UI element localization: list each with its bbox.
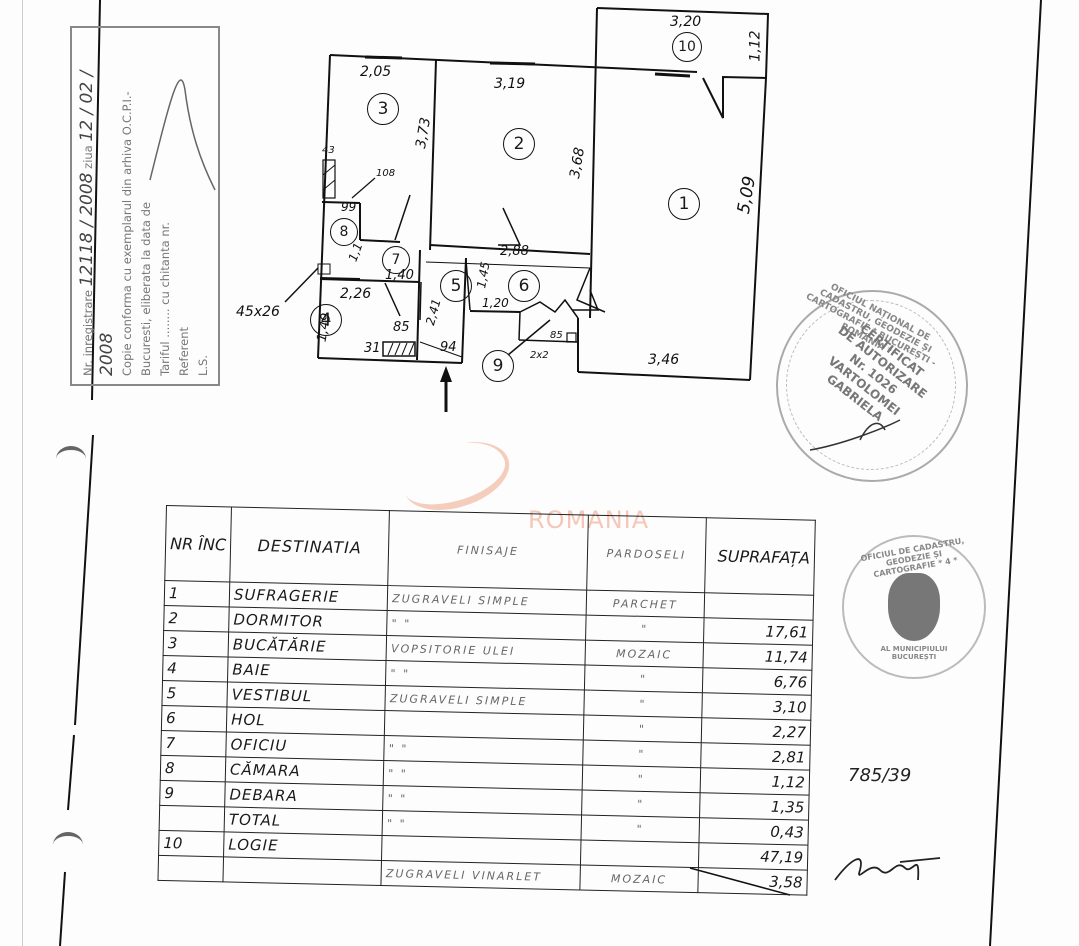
dim-r7: 1,40 [385, 268, 414, 283]
dim-bottom-94: 94 [440, 340, 457, 355]
cell-nr: 10 [159, 830, 225, 856]
cell-nr: 4 [163, 655, 229, 681]
cell-suprafata: 2,27 [701, 718, 810, 745]
cell-pardoseli: " [581, 815, 700, 843]
cell-suprafata [704, 593, 813, 620]
header-pardoseli: PARDOSELI [586, 515, 706, 593]
room-number-6: 6 [508, 270, 540, 302]
room-number-9: 9 [482, 350, 514, 382]
cell-pardoseli: " [582, 765, 701, 793]
duct-note: 45x26 [236, 304, 280, 320]
cell-destinatia: DORMITOR [229, 607, 388, 636]
cell-suprafata: 17,61 [704, 618, 813, 645]
cell-nr: 7 [161, 730, 227, 756]
header-destinatia: DESTINATIA [230, 507, 390, 586]
cell-destinatia: LOGIE [224, 832, 383, 861]
stamp-line-copie: Copie conforma cu exemplarul din arhiva … [118, 36, 137, 376]
dim-r9-2x2: 2x2 [530, 350, 549, 361]
dim-r9-85: 85 [550, 330, 563, 341]
dim-r4-top: 2,26 [340, 286, 371, 302]
cell-destinatia: SUFRAGERIE [229, 582, 388, 611]
office-seal: OFICIUL DE CADASTRU, GEODEZIE ȘI CARTOGR… [842, 535, 986, 679]
cell-suprafata: 11,74 [703, 643, 812, 670]
cell-destinatia: TOTAL [224, 807, 383, 836]
cell-pardoseli: " [584, 665, 703, 693]
cell-destinatia: VESTIBUL [227, 682, 386, 711]
stamp-line-referent: Referent [175, 36, 194, 376]
cell-suprafata: 47,19 [699, 843, 808, 870]
cell-suprafata: 1,12 [700, 768, 809, 795]
cell-pardoseli: " [581, 790, 700, 818]
dim-small-43: 43 [322, 145, 335, 156]
dim-r2-top: 3,19 [494, 76, 525, 92]
cell-nr: 3 [163, 630, 229, 656]
dim-small-108: 108 [376, 168, 395, 179]
cell-pardoseli: " [582, 740, 701, 768]
room-number-10: 10 [672, 32, 702, 62]
cell-destinatia: DEBARA [225, 782, 384, 811]
stamp-line-tarif: Tariful ........ cu chitanta nr. [156, 36, 175, 376]
room-number-1: 1 [668, 188, 700, 220]
cell-pardoseli: PARCHET [586, 590, 705, 618]
cell-nr: 1 [164, 580, 230, 606]
cell-suprafata: 3,10 [702, 693, 811, 720]
cell-pardoseli: MOZAIC [585, 640, 704, 668]
cell-pardoseli: MOZAIC [580, 865, 699, 893]
dim-r6-bottom: 1,20 [482, 296, 509, 310]
cell-pardoseli: " [585, 615, 704, 643]
dim-r6-top: 2,88 [500, 244, 529, 259]
room-number-2: 2 [503, 128, 535, 160]
header-finisaje: FINISAJE [388, 511, 588, 590]
stamp-line-nr: Nr. inregistrare 12118 / 2008 ziua 12 / … [78, 36, 118, 376]
cell-nr [158, 855, 224, 881]
cell-destinatia: BUCĂTĂRIE [228, 632, 387, 661]
coat-of-arms-icon [888, 573, 940, 641]
cell-destinatia: HOL [226, 707, 385, 736]
cell-destinatia: CĂMARA [225, 757, 384, 786]
stamp-line-bucuresti: Bucuresti, eliberata la data de [137, 36, 156, 376]
cell-nr: 2 [164, 605, 230, 631]
cell-nr: 9 [160, 780, 226, 806]
dim-bottom-31: 31 [364, 341, 381, 356]
cell-pardoseli [580, 840, 699, 868]
cell-finisaje: ZUGRAVELI VINARLET [381, 860, 580, 889]
cell-suprafata: 1,35 [700, 793, 809, 820]
registration-stamp: Nr. inregistrare 12118 / 2008 ziua 12 / … [70, 26, 220, 386]
authorization-seal: OFICIUL NAȚIONAL DE CADASTRU, GEODEZIE Ș… [776, 290, 968, 482]
cell-nr: 5 [162, 680, 228, 706]
dim-r10-side: 1,12 [748, 30, 764, 61]
header-nr: NR ÎNC [165, 506, 232, 582]
dim-r8-top: 99 [341, 200, 356, 214]
cell-pardoseli: " [583, 715, 702, 743]
dim-r1-bottom: 3,46 [648, 352, 679, 368]
room-number-3: 3 [367, 93, 399, 125]
room-number-5: 5 [440, 270, 472, 302]
dim-r10-top: 3,20 [670, 14, 701, 30]
cell-suprafata: 6,76 [703, 668, 812, 695]
header-suprafata: SUPRAFAȚA [705, 518, 816, 595]
stamp-line-ls: L.S. [194, 36, 213, 376]
cell-suprafata: 2,81 [701, 743, 810, 770]
dim-bottom-85: 85 [393, 320, 410, 335]
cell-destinatia [223, 857, 382, 886]
dim-r3-top: 2,05 [360, 64, 391, 80]
cell-nr: 6 [161, 705, 227, 731]
cell-suprafata: 3,58 [698, 868, 807, 895]
cell-nr: 8 [160, 755, 226, 781]
office-seal-inner: AL MUNICIPIULUI BUCUREȘTI [866, 645, 962, 661]
room-schedule-table: NR ÎNC DESTINATIA FINISAJE PARDOSELI SUP… [157, 505, 815, 896]
cell-pardoseli: " [583, 690, 702, 718]
cell-nr [159, 805, 225, 831]
binder-hole-bottom [53, 832, 83, 858]
cell-destinatia: OFICIU [226, 732, 385, 761]
binder-hole-top [56, 446, 86, 472]
cell-destinatia: BAIE [228, 657, 387, 686]
reference-note: 785/39 [848, 765, 911, 786]
cell-suprafata: 0,43 [699, 818, 808, 845]
